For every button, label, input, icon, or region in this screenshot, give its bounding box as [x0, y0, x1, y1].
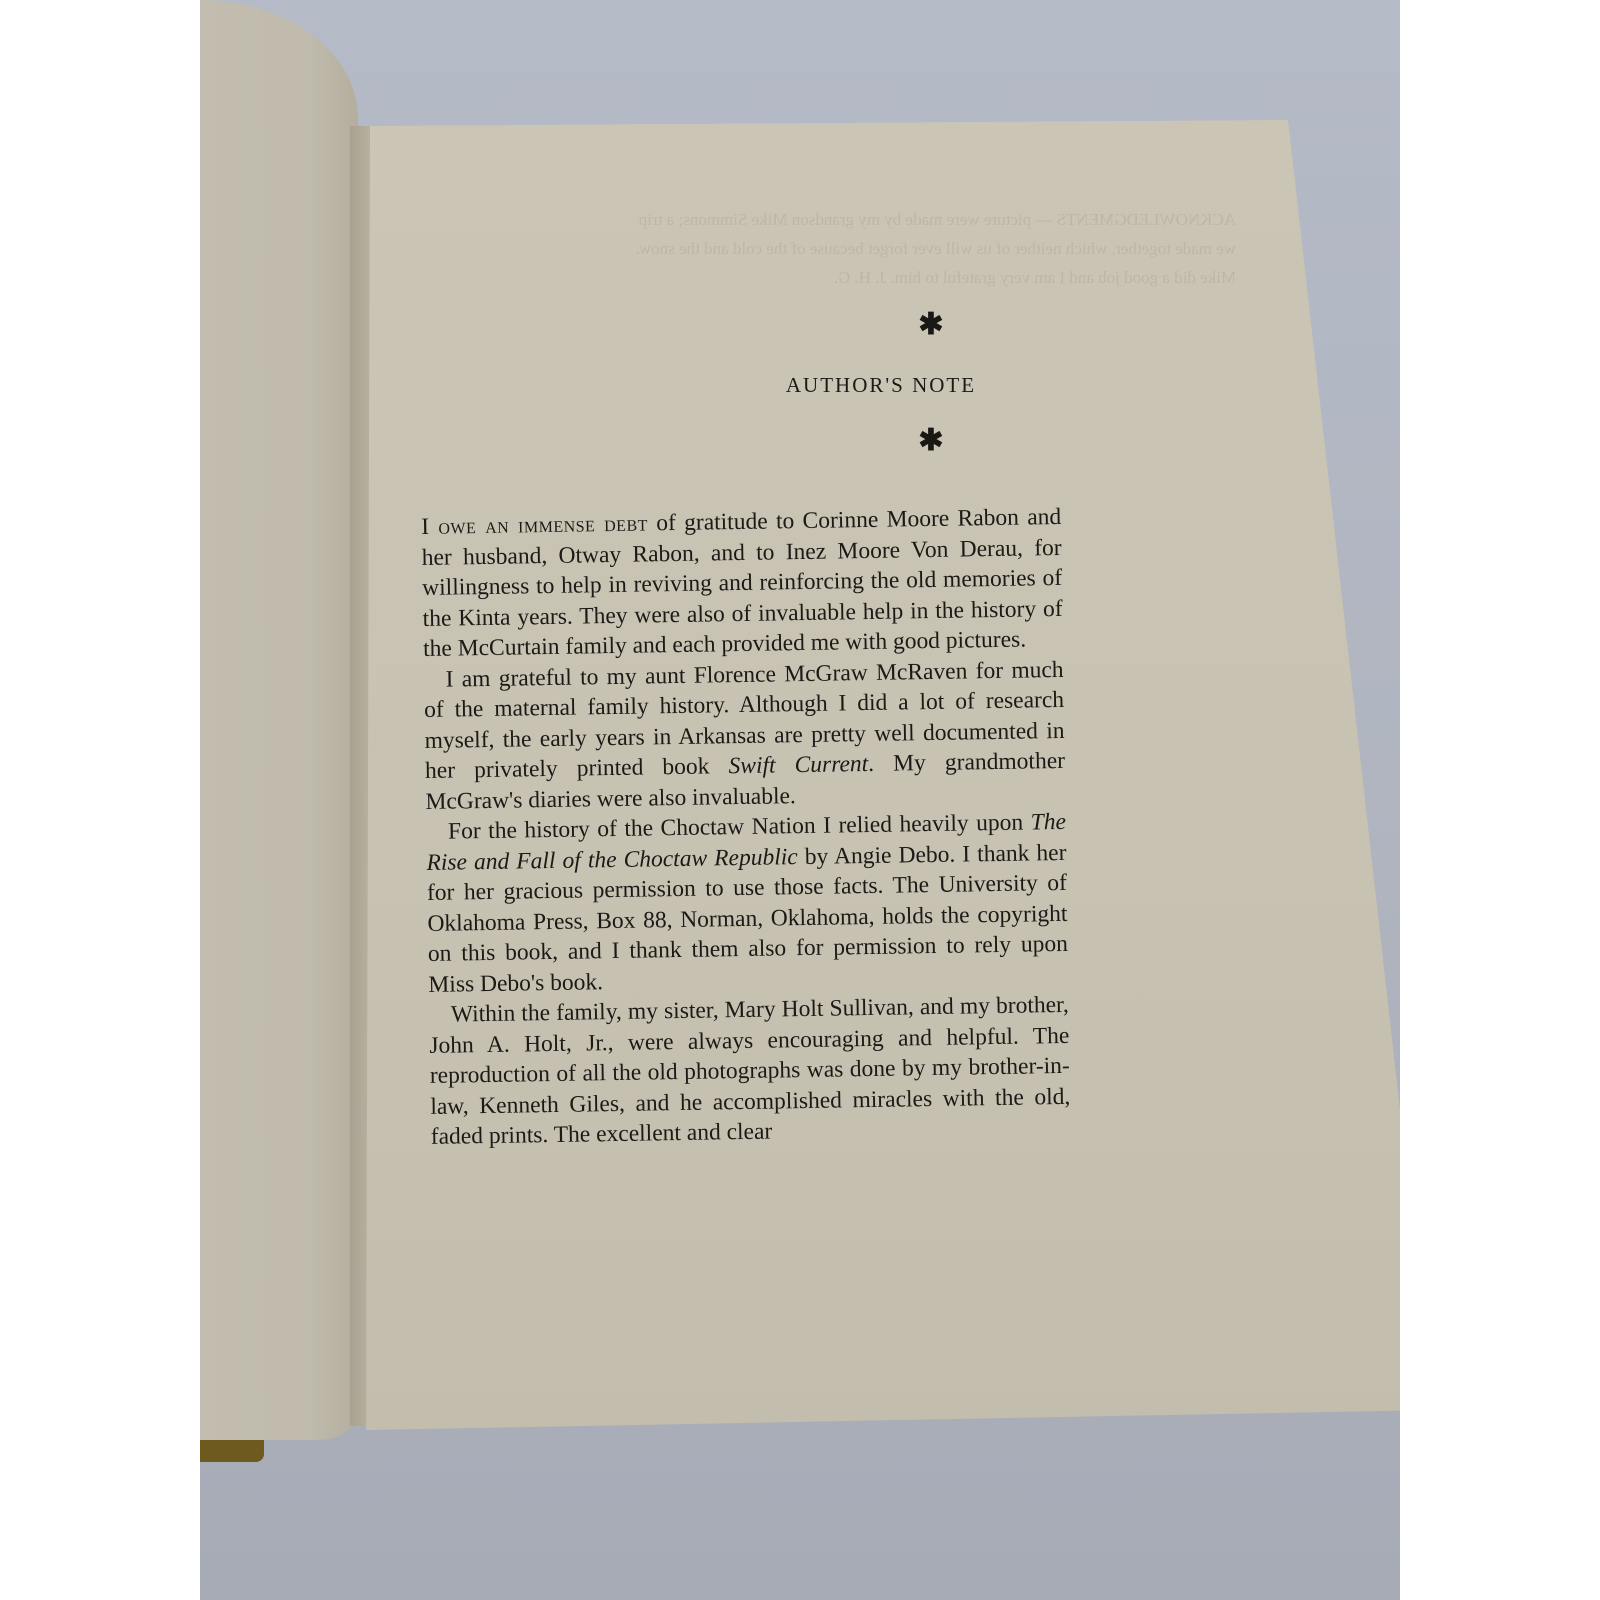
book-title-italic: Swift Current — [728, 751, 868, 779]
page-content: ✱ AUTHOR'S NOTE ✱ I owe an immense debt … — [366, 120, 1400, 1430]
book-cover-binding — [200, 1440, 264, 1462]
ornament-asterisk-icon: ✱ — [911, 426, 951, 456]
lead-in-smallcaps: I owe an immense debt — [421, 510, 648, 540]
left-page-curl — [200, 0, 358, 1440]
book-page: ACKNOWLEDGMENTS — picture were made by m… — [366, 120, 1400, 1430]
paragraph-1: I owe an immense debt of gratitude to Co… — [421, 502, 1063, 665]
paragraph-2: I am grateful to my aunt Florence McGraw… — [423, 654, 1065, 817]
paragraph-3: For the history of the Choctaw Nation I … — [426, 807, 1069, 1000]
body-text: I owe an immense debt of gratitude to Co… — [421, 502, 1071, 1152]
page-title: AUTHOR'S NOTE — [716, 373, 1046, 398]
paragraph-text: Within the family, my sister, Mary Holt … — [429, 992, 1070, 1150]
paragraph-4: Within the family, my sister, Mary Holt … — [429, 990, 1071, 1153]
ornament-asterisk-icon: ✱ — [911, 310, 951, 340]
paragraph-text: For the history of the Choctaw Nation I … — [448, 809, 1031, 844]
book-photo: ACKNOWLEDGMENTS — picture were made by m… — [200, 0, 1400, 1600]
